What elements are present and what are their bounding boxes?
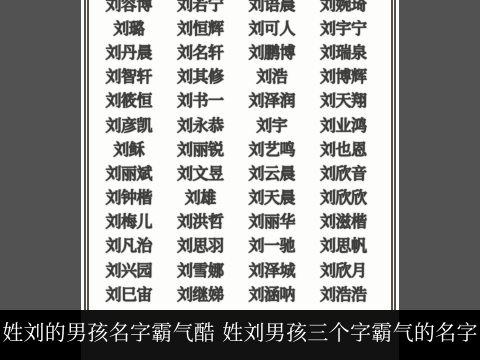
name-cell: 刘丽斌 bbox=[93, 161, 165, 184]
names-row: 刘丽斌 刘文昱 刘云晨 刘欣音 bbox=[93, 160, 387, 184]
name-cell: 刘稣 bbox=[93, 137, 165, 160]
names-row: 刘稣 刘丽锐 刘艺鸣 刘也恩 bbox=[93, 136, 387, 160]
names-row: 刘兴园 刘雪娜 刘泽城 刘欣月 bbox=[93, 257, 387, 281]
page-border-right-inner bbox=[391, 0, 393, 360]
name-cell: 刘丹晨 bbox=[93, 40, 165, 63]
name-cell: 刘宇宁 bbox=[308, 16, 380, 39]
name-cell: 刘雄 bbox=[165, 185, 237, 208]
name-cell: 刘天晨 bbox=[236, 185, 308, 208]
name-cell: 刘一驰 bbox=[236, 233, 308, 256]
name-cell: 刘浩 bbox=[236, 64, 308, 87]
caption-title: 姓刘的男孩名字霸气酷 姓刘男孩三个字霸气的名字 bbox=[0, 318, 480, 348]
name-cell: 刘恒辉 bbox=[165, 16, 237, 39]
name-cell: 刘宇 bbox=[236, 113, 308, 136]
name-cell: 刘婉琦 bbox=[308, 0, 380, 15]
name-cell: 刘梅儿 bbox=[93, 209, 165, 232]
document-page: 刘容博 刘若宁 刘语晨 刘婉琦 刘璐 刘恒辉 刘可人 刘宇宁 刘丹晨 刘名轩 刘… bbox=[81, 0, 399, 360]
name-cell: 刘思羽 bbox=[165, 233, 237, 256]
name-cell: 刘雪娜 bbox=[165, 258, 237, 281]
page-border-right-outer bbox=[394, 0, 396, 360]
name-cell: 刘钟楷 bbox=[93, 185, 165, 208]
name-cell: 刘欣音 bbox=[308, 161, 380, 184]
name-cell: 刘巳宙 bbox=[93, 282, 165, 305]
name-cell: 刘业鸿 bbox=[308, 113, 380, 136]
name-cell: 刘博辉 bbox=[308, 64, 380, 87]
name-cell: 刘书一 bbox=[165, 88, 237, 111]
name-cell: 刘筱恒 bbox=[93, 88, 165, 111]
name-cell: 刘容博 bbox=[93, 0, 165, 15]
names-row: 刘梅儿 刘洪哲 刘丽华 刘滋楷 bbox=[93, 209, 387, 233]
name-cell: 刘思帆 bbox=[308, 233, 380, 256]
names-row: 刘钟楷 刘雄 刘天晨 刘欣欣 bbox=[93, 185, 387, 209]
name-cell: 刘瑞泉 bbox=[308, 40, 380, 63]
name-cell: 刘欣月 bbox=[308, 258, 380, 281]
name-cell: 刘名轩 bbox=[165, 40, 237, 63]
name-cell: 刘文昱 bbox=[165, 161, 237, 184]
name-cell: 刘璐 bbox=[93, 16, 165, 39]
name-cell: 刘丽华 bbox=[236, 209, 308, 232]
page-border-left-inner bbox=[87, 0, 89, 360]
names-row: 刘容博 刘若宁 刘语晨 刘婉琦 bbox=[93, 0, 387, 15]
name-cell: 刘浩浩 bbox=[308, 282, 380, 305]
name-cell: 刘也恩 bbox=[308, 137, 380, 160]
name-cell: 刘可人 bbox=[236, 16, 308, 39]
name-cell: 刘涵呐 bbox=[236, 282, 308, 305]
names-row: 刘巳宙 刘继娣 刘涵呐 刘浩浩 bbox=[93, 281, 387, 305]
name-cell: 刘彦凯 bbox=[93, 113, 165, 136]
name-cell: 刘凡治 bbox=[93, 233, 165, 256]
name-cell: 刘天翔 bbox=[308, 88, 380, 111]
names-grid: 刘容博 刘若宁 刘语晨 刘婉琦 刘璐 刘恒辉 刘可人 刘宇宁 刘丹晨 刘名轩 刘… bbox=[93, 0, 387, 354]
name-cell: 刘其修 bbox=[165, 64, 237, 87]
name-cell: 刘若宁 bbox=[165, 0, 237, 15]
name-cell: 刘泽润 bbox=[236, 88, 308, 111]
name-cell: 刘欣欣 bbox=[308, 185, 380, 208]
names-row: 刘丹晨 刘名轩 刘鹏博 刘瑞泉 bbox=[93, 39, 387, 63]
name-cell: 刘丽锐 bbox=[165, 137, 237, 160]
name-cell: 刘云晨 bbox=[236, 161, 308, 184]
name-cell: 刘洪哲 bbox=[165, 209, 237, 232]
name-cell: 刘鹏博 bbox=[236, 40, 308, 63]
name-cell: 刘语晨 bbox=[236, 0, 308, 15]
name-cell: 刘永恭 bbox=[165, 113, 237, 136]
names-row: 刘璐 刘恒辉 刘可人 刘宇宁 bbox=[93, 15, 387, 39]
name-cell: 刘继娣 bbox=[165, 282, 237, 305]
names-row: 刘凡治 刘思羽 刘一驰 刘思帆 bbox=[93, 233, 387, 257]
names-row: 刘筱恒 刘书一 刘泽润 刘天翔 bbox=[93, 88, 387, 112]
page-border-left-outer bbox=[84, 0, 86, 360]
names-row: 刘智轩 刘其修 刘浩 刘博辉 bbox=[93, 64, 387, 88]
name-cell: 刘艺鸣 bbox=[236, 137, 308, 160]
name-cell: 刘兴园 bbox=[93, 258, 165, 281]
names-row: 刘彦凯 刘永恭 刘宇 刘业鸿 bbox=[93, 112, 387, 136]
name-cell: 刘泽城 bbox=[236, 258, 308, 281]
name-cell: 刘智轩 bbox=[93, 64, 165, 87]
name-cell: 刘滋楷 bbox=[308, 209, 380, 232]
